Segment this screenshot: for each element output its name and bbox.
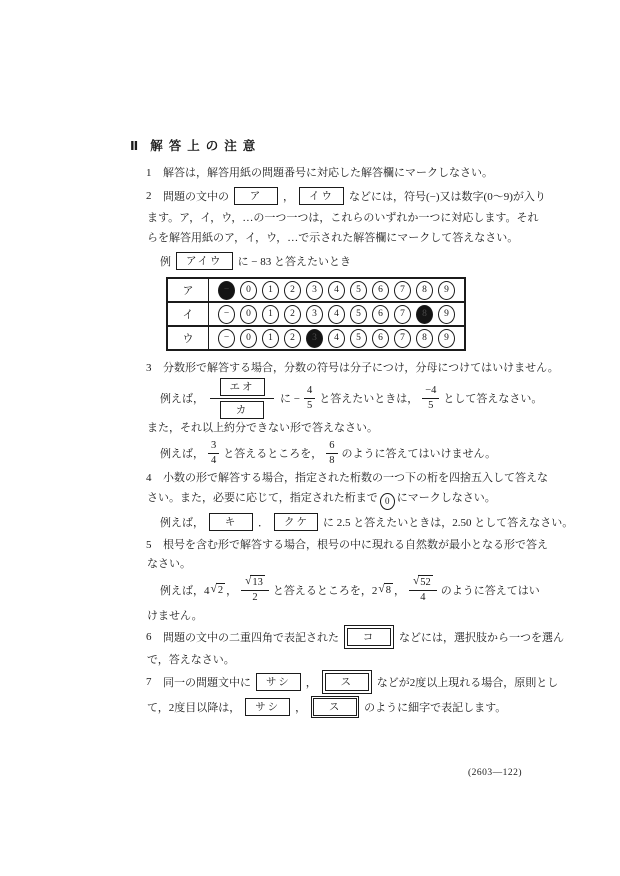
marksheet-row-label: ア [168, 279, 209, 301]
zero-bubble-icon: 0 [380, 493, 395, 510]
item-4-line-2: さい。また，必要に応じて，指定された桁まで0にマークしなさい。 [130, 488, 564, 510]
separator: ， [306, 674, 317, 690]
example-text: のように答えてはいけません。 [342, 445, 497, 461]
item-number: 4 [146, 468, 163, 488]
answer-box-su: ス [322, 670, 372, 694]
mark-bubble-filled: 3 [306, 329, 323, 348]
separator: ， [283, 188, 294, 204]
example-text: 例えば， [160, 514, 204, 530]
item-4-example: 例えば，キ．クケに 2.5 と答えたいときは，2.50 として答えなさい。 [130, 510, 564, 535]
mark-bubble: 9 [438, 329, 455, 348]
item-3-line-3: また，それ以上約分できない形で答えなさい。 [130, 418, 564, 438]
marksheet-bubble-cell: −0123456789 [209, 279, 464, 301]
item-2-line-1: 2問題の文中のア，イウなどには，符号(−)又は数字(0～9)が入り [130, 183, 564, 208]
fraction: 68 [326, 440, 337, 467]
item-text: 小数の形で解答する場合，指定された桁数の一つ下の桁を四捨五入して答えな [163, 472, 548, 484]
item-text: 解答は，解答用紙の問題番号に対応した解答欄にマークしなさい。 [163, 167, 493, 179]
example-text: 例えば， [160, 445, 204, 461]
sqrt-expression: √2 [211, 583, 226, 597]
answer-box-ki: キ [209, 513, 253, 531]
mark-bubble-filled: 8 [416, 305, 433, 324]
item-2-line-2: ます。ア，イ，ウ，…の一つ一つは，これらのいずれか一つに対応します。それ [130, 208, 564, 228]
fraction: 45 [304, 385, 315, 412]
item-text: 問題の文中の二重四角で表記された [163, 629, 339, 645]
item-number: 7 [146, 676, 163, 688]
mark-bubble: 9 [438, 305, 455, 324]
mark-bubble: − [218, 329, 235, 348]
mark-bubble: 2 [284, 281, 301, 300]
item-5-line-4: けません。 [130, 607, 564, 625]
item-5-line-2: なさい。 [130, 555, 564, 573]
item-5-example: 例えば，4 √2 ， √13 2 と答えるところを，2 √8 ， √52 4 の… [130, 573, 564, 607]
mark-bubble: 2 [284, 305, 301, 324]
item-text: などが2度以上現れる場合，原則とし [377, 674, 559, 690]
example-text: と答えたいときは， [319, 390, 418, 406]
mark-bubble: 2 [284, 329, 301, 348]
item-text: 問題の文中の [163, 188, 229, 204]
mark-bubble: 3 [306, 281, 323, 300]
item-6-line-1: 6問題の文中の二重四角で表記されたコなどには，選択肢から一つを選ん [130, 625, 564, 650]
item-text: 分数形で解答する場合，分数の符号は分子につけ，分母につけてはいけません。 [163, 362, 559, 374]
example-text: のように答えてはい [441, 582, 540, 598]
fraction: √13 2 [241, 575, 269, 604]
mark-bubble: 6 [372, 329, 389, 348]
item-number: 2 [146, 190, 163, 202]
item-text: 根号を含む形で解答する場合，根号の中に現れる自然数が最小となる形で答え [163, 539, 548, 551]
answer-box-eo: エオ [220, 378, 265, 396]
fraction: −45 [422, 385, 439, 412]
answer-box-ko: コ [344, 625, 394, 649]
page-title: Ⅱ解答上の注意 [130, 136, 564, 154]
example-text: に − 83 と答えたいとき [238, 253, 351, 269]
example-text: と答えるところを，2 [273, 582, 378, 598]
mark-bubble: 4 [328, 281, 345, 300]
item-text: のように細字で表記します。 [364, 699, 506, 715]
item-6-line-2: で，答えなさい。 [130, 650, 564, 670]
marksheet-bubble-cell: −0123456789 [209, 327, 464, 349]
mark-bubble: 1 [262, 281, 279, 300]
separator: ， [394, 582, 405, 598]
sqrt-expression: √13 [245, 575, 265, 589]
sqrt-expression: √52 [413, 575, 433, 589]
item-text: 同一の問題文中に [163, 674, 251, 690]
answer-box-sashi-thin: サシ [245, 698, 290, 716]
mark-bubble: − [218, 305, 235, 324]
example-label: 例 [160, 253, 171, 269]
item-3-example-2: 例えば， 34 と答えるところを， 68 のように答えてはいけません。 [130, 438, 564, 468]
marksheet-row: ア−0123456789 [168, 279, 464, 301]
example-text: 例えば， [160, 390, 204, 406]
marksheet-row: イ−0123456789 [168, 301, 464, 325]
answer-box-aiu: アイウ [176, 252, 233, 270]
answer-box-iu: イウ [299, 187, 344, 205]
mark-bubble: 7 [394, 329, 411, 348]
example-text: に − [280, 390, 300, 406]
section-numeral: Ⅱ [130, 139, 138, 153]
fraction-bar [210, 398, 274, 399]
marksheet-row: ウ−0123456789 [168, 325, 464, 349]
fraction: 34 [208, 440, 219, 467]
item-3-example-1: 例えば， エオ カ に − 45 と答えたいときは， −45 として答えなさい。 [130, 378, 564, 418]
mark-bubble: 6 [372, 305, 389, 324]
example-line: 例アイウに − 83 と答えたいとき [130, 248, 564, 273]
mark-bubble: 7 [394, 305, 411, 324]
item-number: 3 [146, 358, 163, 378]
boxed-fraction: エオ カ [210, 378, 274, 419]
answer-box-kuke: クケ [274, 513, 318, 531]
marksheet-wrap: ア−0123456789イ−0123456789ウ−0123456789 [166, 277, 564, 351]
mark-bubble: 5 [350, 305, 367, 324]
mark-bubble: 0 [240, 305, 257, 324]
decimal-point: ． [258, 514, 269, 530]
item-text: などには，符号(−)又は数字(0～9)が入り [349, 188, 546, 204]
mark-bubble: 3 [306, 305, 323, 324]
item-7-line-2: て，2度目以降は，サシ，スのように細字で表記します。 [130, 695, 564, 720]
answer-box-su-thin: ス [311, 696, 359, 718]
answer-box-a: ア [234, 187, 278, 205]
mark-bubble: 7 [394, 281, 411, 300]
item-2-line-3: らを解答用紙のア，イ，ウ，…で示された解答欄にマークして答えなさい。 [130, 228, 564, 248]
mark-bubble: 0 [240, 329, 257, 348]
marksheet-rows: ア−0123456789イ−0123456789ウ−0123456789 [168, 279, 464, 349]
mark-bubble: 1 [262, 329, 279, 348]
example-text: と答えるところを， [223, 445, 322, 461]
item-7-line-1: 7同一の問題文中にサシ，スなどが2度以上現れる場合，原則とし [130, 670, 564, 695]
mark-bubble: 8 [416, 281, 433, 300]
example-text: 例えば，4 [160, 582, 210, 598]
page-number: (2603—122) [468, 768, 522, 778]
item-text: さい。また，必要に応じて，指定された桁まで [147, 492, 378, 504]
marksheet-row-label: ウ [168, 327, 209, 349]
item-text: て，2度目以降は， [147, 699, 240, 715]
item-1: 1解答は，解答用紙の問題番号に対応した解答欄にマークしなさい。 [130, 163, 564, 183]
mark-bubble-filled: − [218, 281, 235, 300]
marksheet-table: ア−0123456789イ−0123456789ウ−0123456789 [166, 277, 466, 351]
item-3-line-1: 3分数形で解答する場合，分数の符号は分子につけ，分母につけてはいけません。 [130, 358, 564, 378]
marksheet-bubble-cell: −0123456789 [209, 303, 464, 325]
item-number: 5 [146, 535, 163, 555]
separator: ， [226, 582, 237, 598]
item-text: などには，選択肢から一つを選ん [399, 629, 564, 645]
mark-bubble: 4 [328, 305, 345, 324]
mark-bubble: 5 [350, 281, 367, 300]
mark-bubble: 6 [372, 281, 389, 300]
mark-bubble: 8 [416, 329, 433, 348]
example-text: として答えなさい。 [443, 390, 542, 406]
item-number: 1 [146, 163, 163, 183]
instructions-page: Ⅱ解答上の注意 1解答は，解答用紙の問題番号に対応した解答欄にマークしなさい。 … [130, 136, 564, 720]
example-text: に 2.5 と答えたいときは，2.50 として答えなさい。 [323, 514, 573, 530]
answer-box-ka: カ [220, 401, 264, 419]
separator: ， [295, 699, 306, 715]
mark-bubble: 9 [438, 281, 455, 300]
item-5-line-1: 5根号を含む形で解答する場合，根号の中に現れる自然数が最小となる形で答え [130, 535, 564, 555]
mark-bubble: 1 [262, 305, 279, 324]
section-title: 解答上の注意 [150, 139, 261, 153]
mark-bubble: 5 [350, 329, 367, 348]
mark-bubble: 0 [240, 281, 257, 300]
fraction: √52 4 [409, 575, 437, 604]
item-number: 6 [146, 631, 163, 643]
item-4-line-1: 4小数の形で解答する場合，指定された桁数の一つ下の桁を四捨五入して答えな [130, 468, 564, 488]
mark-bubble: 4 [328, 329, 345, 348]
answer-box-sashi: サシ [256, 673, 301, 691]
item-text: にマークしなさい。 [397, 492, 496, 504]
marksheet-row-label: イ [168, 303, 209, 325]
sqrt-expression: √8 [378, 583, 393, 597]
